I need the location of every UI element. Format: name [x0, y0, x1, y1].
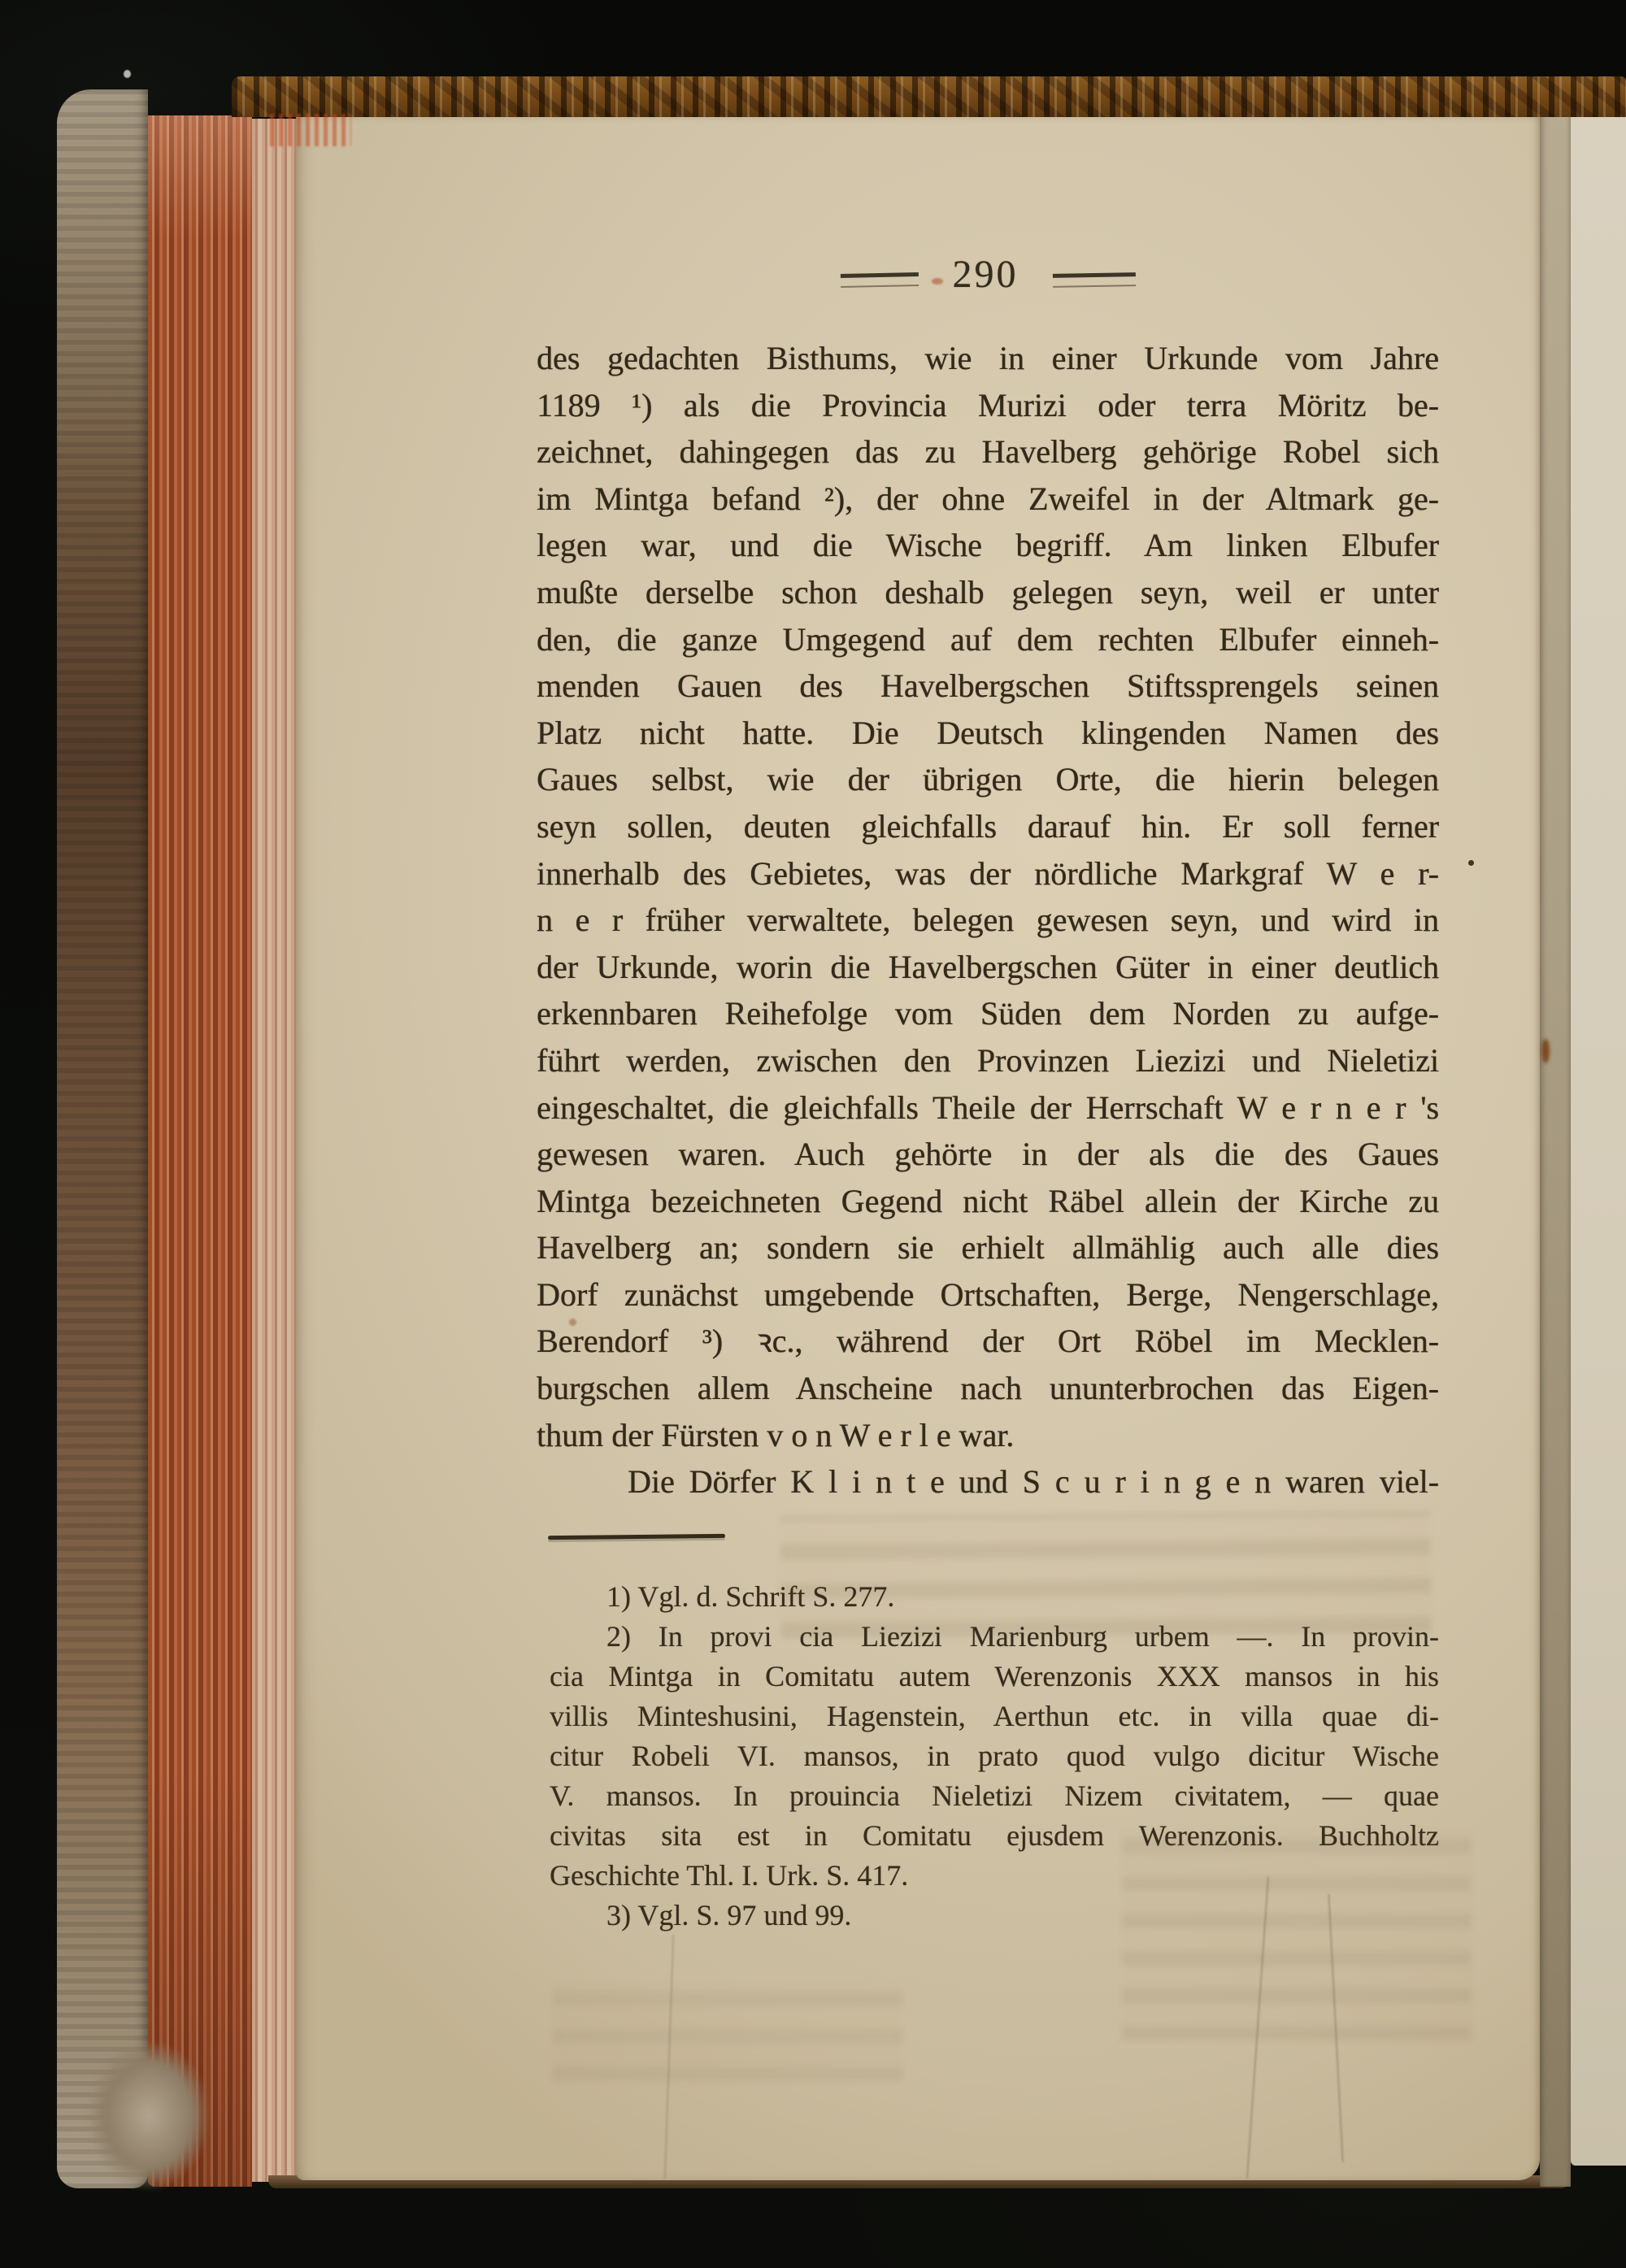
body-line: Gaues selbst, wie der übrigen Orte, die … — [537, 756, 1439, 803]
body-line: den, die ganze Umgegend auf dem rechten … — [537, 616, 1439, 663]
body-line: Berendorf ³) ꝛc., während der Ort Röbel … — [537, 1318, 1439, 1365]
footnote-2-line: citur Robeli VI. mansos, in prato quod v… — [550, 1736, 1439, 1776]
book-scan-photo: 290 des gedachten Bisthums, wie in einer… — [0, 0, 1626, 2268]
body-line: zeichnet, dahingegen das zu Havelberg ge… — [537, 428, 1439, 476]
page-gutter-shadow — [1540, 96, 1571, 2187]
paper-stain — [1541, 1039, 1550, 1063]
footnote-2-line: 2) In provi cia Liezizi Marienburg urbem… — [550, 1617, 1439, 1657]
footnotes: 1) Vgl. d. Schrift S. 277. 2) In provi c… — [550, 1577, 1439, 1936]
body-line: seyn sollen, deuten gleichfalls darauf h… — [537, 803, 1439, 850]
body-line: gewesen waren. Auch gehörte in der als d… — [537, 1131, 1439, 1178]
body-line: Mintga bezeichneten Gegend nicht Räbel a… — [537, 1178, 1439, 1225]
body-line: burgschen allem Anscheine nach ununterbr… — [537, 1365, 1439, 1412]
page-number: 290 — [953, 255, 1019, 294]
footnote-2-line: cia Mintga in Comitatu autem Werenzonis … — [550, 1657, 1439, 1697]
book-top-edge-band — [232, 76, 1626, 117]
footnote-2-line: civitas sita est in Comitatu ejusdem Wer… — [550, 1816, 1439, 1856]
right-page-edge-strip — [1571, 83, 1626, 2166]
body-line: erkennbaren Reihefolge vom Süden dem Nor… — [537, 990, 1439, 1037]
book-spine-left-edge — [57, 89, 148, 2188]
page-header: 290 — [537, 255, 1439, 294]
body-line: der Urkunde, worin die Havelbergschen Gü… — [537, 944, 1439, 991]
header-rule-right — [1052, 272, 1135, 288]
body-line: im Mintga befand ²), der ohne Zweifel in… — [537, 476, 1439, 523]
body-line: des gedachten Bisthums, wie in einer Urk… — [537, 335, 1439, 382]
body-line: Havelberg an; sondern sie erhielt allmäh… — [537, 1224, 1439, 1271]
red-edge-smudge — [270, 114, 351, 146]
body-line: Dorf zunächst umgebende Ortschaften, Ber… — [537, 1271, 1439, 1319]
dust-fleck — [124, 70, 131, 78]
body-line: thum der Fürsten v o n W e r l e war. — [537, 1412, 1439, 1459]
body-text: des gedachten Bisthums, wie in einer Urk… — [537, 335, 1439, 1505]
page-block-fore-edge-red — [148, 115, 252, 2187]
body-line: 1189 ¹) als die Provincia Murizi oder te… — [537, 382, 1439, 429]
body-line: menden Gauen des Havelbergschen Stiftssp… — [537, 663, 1439, 710]
body-line: mußte derselbe schon deshalb gelegen sey… — [537, 569, 1439, 616]
page-block-fore-edge-light — [252, 119, 298, 2182]
body-line: Platz nicht hatte. Die Deutsch klingende… — [537, 710, 1439, 757]
body-line-paragraph-start: Die Dörfer K l i n t e und S c u r i n g… — [537, 1458, 1439, 1505]
footnote-2-line: Geschichte Thl. I. Urk. S. 417. — [550, 1856, 1439, 1896]
body-line: legen war, und die Wische begriff. Am li… — [537, 522, 1439, 569]
paper-fleck — [1468, 860, 1474, 866]
footnote-2-line: villis Minteshusini, Hagenstein, Aerthun… — [550, 1697, 1439, 1736]
body-line: eingeschaltet, die gleichfalls Theile de… — [537, 1084, 1439, 1132]
show-through-smudge — [553, 1983, 902, 2081]
footnote-2-line: V. mansos. In prouincia Nieletizi Nizem … — [550, 1776, 1439, 1816]
worn-corner-bottom-left — [88, 2040, 210, 2191]
footnote-3: 3) Vgl. S. 97 und 99. — [550, 1896, 1439, 1936]
header-rule-left — [840, 272, 918, 288]
body-line: innerhalb des Gebietes, was der nördlich… — [537, 850, 1439, 897]
body-line: n e r früher verwaltete, belegen gewesen… — [537, 897, 1439, 944]
body-line: führt werden, zwischen den Provinzen Lie… — [537, 1037, 1439, 1084]
footnote-1: 1) Vgl. d. Schrift S. 277. — [550, 1577, 1439, 1617]
